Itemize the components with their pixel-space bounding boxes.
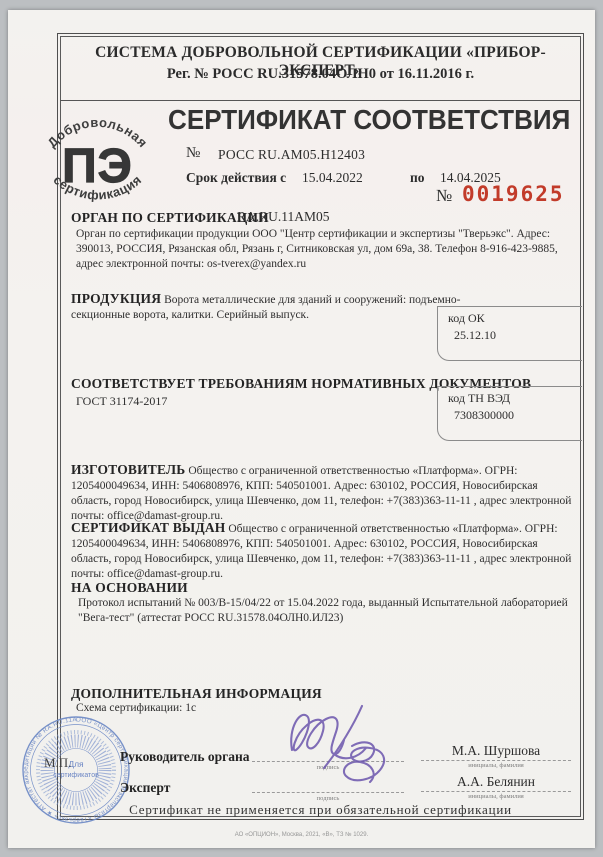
section-issued: СЕРТИФИКАТ ВЫДАН Общество с ограниченной… bbox=[71, 520, 579, 582]
stamp-center-line2: сертификатов bbox=[53, 772, 99, 779]
code-ok-value: 25.12.10 bbox=[448, 326, 574, 343]
org-accreditation-code: RA.RU.11AM05 bbox=[237, 209, 330, 225]
signature-role-head: Руководитель органа bbox=[120, 749, 250, 765]
pe-logo: Добровольная ПЭ сертификация bbox=[30, 98, 165, 213]
validity-from-date: 15.04.2022 bbox=[302, 170, 363, 186]
section-basis-label: НА ОСНОВАНИИ bbox=[71, 580, 188, 596]
org-details: Орган по сертификации продукции ООО "Цен… bbox=[76, 227, 578, 272]
signatory-expert: А.А. Белянин инициалы, фамилия bbox=[421, 774, 571, 800]
code-tnved-label: код ТН ВЭД bbox=[448, 391, 574, 406]
section-production-label: ПРОДУКЦИЯ bbox=[71, 291, 161, 306]
section-manufacturer-label: ИЗГОТОВИТЕЛЬ bbox=[71, 462, 185, 477]
blank-number-label: № bbox=[436, 186, 452, 206]
basis-text: Протокол испытаний № 003/В-15/04/22 от 1… bbox=[78, 596, 574, 626]
validity-label: Срок действия с bbox=[186, 170, 286, 186]
signature-role-expert: Эксперт bbox=[120, 780, 170, 796]
cert-number-value: РОСС RU.AM05.H12403 bbox=[218, 147, 365, 163]
code-box-ok: код ОК 25.12.10 bbox=[437, 306, 582, 361]
handwritten-signatures-icon bbox=[274, 700, 434, 798]
section-manufacturer: ИЗГОТОВИТЕЛЬ Общество с ограниченной отв… bbox=[71, 462, 579, 524]
code-box-tnved: код ТН ВЭД 7308300000 bbox=[437, 386, 582, 441]
footer-note: Сертификат не применяется при обязательн… bbox=[57, 802, 584, 818]
blank-number-value: 0019625 bbox=[462, 182, 565, 206]
signatory-expert-name: А.А. Белянин bbox=[421, 774, 571, 792]
cert-number-label: № bbox=[186, 145, 200, 162]
signatory-head-caption: инициалы, фамилия bbox=[421, 761, 571, 769]
printing-house-info: АО «ОПЦИОН», Москва, 2021, «В», ТЗ № 102… bbox=[8, 832, 595, 838]
section-issued-label: СЕРТИФИКАТ ВЫДАН bbox=[71, 520, 226, 535]
certificate-title: СЕРТИФИКАТ СООТВЕТСТВИЯ bbox=[168, 104, 568, 136]
code-tnved-value: 7308300000 bbox=[448, 406, 574, 423]
code-ok-label: код ОК bbox=[448, 311, 574, 326]
certificate-page: СИСТЕМА ДОБРОВОЛЬНОЙ СЕРТИФИКАЦИИ «ПРИБО… bbox=[8, 10, 595, 848]
stamp-place-label: М.П. bbox=[44, 755, 71, 771]
system-reg-number: Рег. № РОСС RU.31578.04ОЛН0 от 16.11.201… bbox=[57, 66, 584, 83]
signatory-expert-caption: инициалы, фамилия bbox=[421, 792, 571, 800]
additional-text: Схема сертификации: 1с bbox=[76, 702, 196, 714]
conformity-standard: ГОСТ 31174-2017 bbox=[76, 394, 167, 409]
signatory-head: М.А. Шуршова инициалы, фамилия bbox=[421, 743, 571, 769]
section-production: ПРОДУКЦИЯ Ворота металлические для здани… bbox=[71, 291, 491, 323]
validity-to-label: по bbox=[410, 170, 425, 186]
signatory-head-name: М.А. Шуршова bbox=[421, 743, 571, 761]
